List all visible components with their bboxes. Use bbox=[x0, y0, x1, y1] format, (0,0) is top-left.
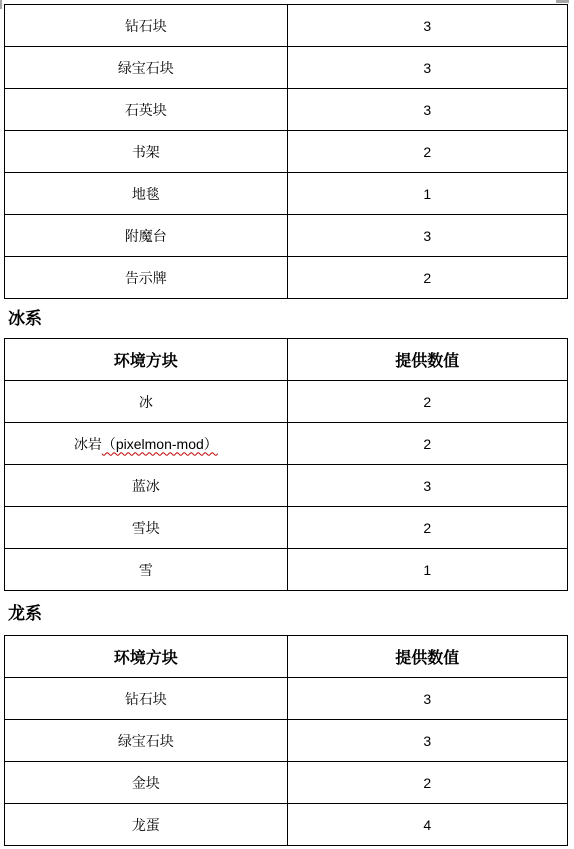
value-cell: 3 bbox=[287, 5, 567, 47]
env-block-cell: 绿宝石块 bbox=[5, 720, 288, 762]
env-block-cell: 地毯 bbox=[5, 173, 288, 215]
table-row: 龙蛋 4 bbox=[5, 804, 568, 846]
value-cell: 1 bbox=[287, 173, 567, 215]
value-cell: 2 bbox=[287, 762, 567, 804]
value-cell: 2 bbox=[287, 131, 567, 173]
table-row: 地毯 1 bbox=[5, 173, 568, 215]
env-block-cell: 蓝冰 bbox=[5, 465, 288, 507]
env-block-cell: 冰岩（pixelmon-mod） bbox=[5, 423, 288, 465]
value-cell: 3 bbox=[287, 215, 567, 257]
table-row: 书架 2 bbox=[5, 131, 568, 173]
table-row: 雪块 2 bbox=[5, 507, 568, 549]
section-heading-dragon: 龙系 bbox=[8, 601, 574, 627]
table-row: 蓝冰 3 bbox=[5, 465, 568, 507]
table-row: 钻石块 3 bbox=[5, 5, 568, 47]
env-block-cell: 雪块 bbox=[5, 507, 288, 549]
env-table-top: 钻石块 3 绿宝石块 3 石英块 3 书架 2 地毯 1 附魔台 3 bbox=[4, 4, 568, 299]
value-cell: 2 bbox=[287, 257, 567, 299]
table-row: 金块 2 bbox=[5, 762, 568, 804]
env-block-header: 环境方块 bbox=[5, 339, 288, 381]
value-cell: 3 bbox=[287, 720, 567, 762]
table-row: 石英块 3 bbox=[5, 89, 568, 131]
value-header: 提供数值 bbox=[287, 636, 567, 678]
value-cell: 3 bbox=[287, 47, 567, 89]
value-cell: 2 bbox=[287, 507, 567, 549]
env-block-cell: 雪 bbox=[5, 549, 288, 591]
value-cell: 1 bbox=[287, 549, 567, 591]
env-block-cell: 绿宝石块 bbox=[5, 47, 288, 89]
document-page: 钻石块 3 绿宝石块 3 石英块 3 书架 2 地毯 1 附魔台 3 bbox=[0, 0, 574, 849]
section-heading-ice: 冰系 bbox=[8, 306, 574, 332]
table-row: 附魔台 3 bbox=[5, 215, 568, 257]
value-cell: 4 bbox=[287, 804, 567, 846]
table-row: 绿宝石块 3 bbox=[5, 720, 568, 762]
value-cell: 2 bbox=[287, 381, 567, 423]
value-header: 提供数值 bbox=[287, 339, 567, 381]
clipped-border-fragment-left bbox=[0, 0, 2, 9]
env-block-cell: 钻石块 bbox=[5, 5, 288, 47]
env-block-header: 环境方块 bbox=[5, 636, 288, 678]
table-row: 冰 2 bbox=[5, 381, 568, 423]
table-row: 绿宝石块 3 bbox=[5, 47, 568, 89]
spellcheck-flagged-text: （pixelmon-mod） bbox=[102, 436, 218, 452]
env-table-dragon: 环境方块 提供数值 钻石块 3 绿宝石块 3 金块 2 龙蛋 4 bbox=[4, 635, 568, 846]
env-block-cell: 钻石块 bbox=[5, 678, 288, 720]
env-block-cell: 龙蛋 bbox=[5, 804, 288, 846]
env-block-cell: 冰 bbox=[5, 381, 288, 423]
env-block-cell: 书架 bbox=[5, 131, 288, 173]
clipped-border-fragment-right bbox=[556, 0, 569, 3]
table-row: 雪 1 bbox=[5, 549, 568, 591]
env-table-ice: 环境方块 提供数值 冰 2 冰岩（pixelmon-mod） 2 蓝冰 3 雪块… bbox=[4, 338, 568, 591]
table-row: 冰岩（pixelmon-mod） 2 bbox=[5, 423, 568, 465]
env-block-cell: 附魔台 bbox=[5, 215, 288, 257]
env-block-cell: 石英块 bbox=[5, 89, 288, 131]
table-row: 告示牌 2 bbox=[5, 257, 568, 299]
table-header-row: 环境方块 提供数值 bbox=[5, 339, 568, 381]
env-block-text: 冰岩 bbox=[74, 436, 102, 452]
value-cell: 3 bbox=[287, 89, 567, 131]
table-header-row: 环境方块 提供数值 bbox=[5, 636, 568, 678]
table-row: 钻石块 3 bbox=[5, 678, 568, 720]
value-cell: 3 bbox=[287, 678, 567, 720]
value-cell: 2 bbox=[287, 423, 567, 465]
env-block-cell: 告示牌 bbox=[5, 257, 288, 299]
env-block-cell: 金块 bbox=[5, 762, 288, 804]
value-cell: 3 bbox=[287, 465, 567, 507]
